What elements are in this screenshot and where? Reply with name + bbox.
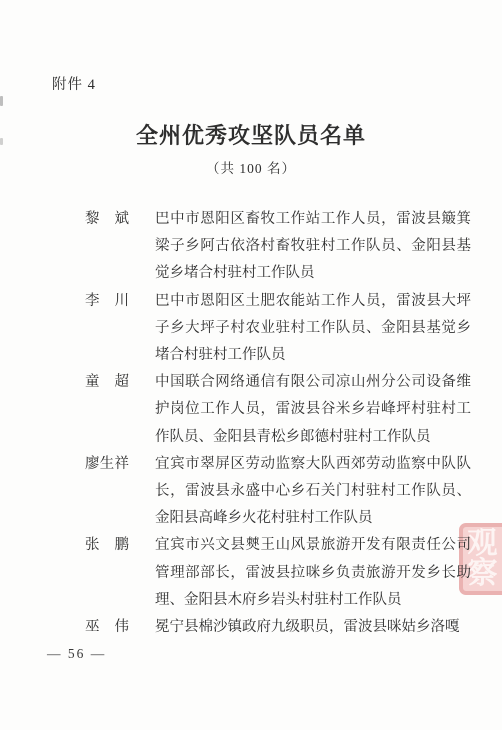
roster-entry: 黎斌 巴中市恩阳区畜牧工作站工作人员，雷波县簸箕梁子乡阿古依洛村畜牧驻村工作队员… [0,206,502,288]
page-subtitle: （共 100 名） [0,157,502,177]
roster-entry: 廖生祥 宜宾市翠屏区劳动监察大队西郊劳动监察中队队长，雷波县永盛中心乡石关门村驻… [0,451,502,533]
document-page: 附件 4 全州优秀攻坚队员名单 （共 100 名） 黎斌 巴中市恩阳区畜牧工作站… [0,0,502,730]
roster-entry: 巫伟 冕宁县棉沙镇政府九级职员，雷波县咪姑乡洛嘎 [0,614,502,641]
person-name: 李川 [85,288,129,315]
roster-entry: 童超 中国联合网络通信有限公司凉山州分公司设备维护岗位工作人员，雷波县谷米乡岩峰… [0,369,502,451]
roster-list: 黎斌 巴中市恩阳区畜牧工作站工作人员，雷波县簸箕梁子乡阿古依洛村畜牧驻村工作队员… [0,206,502,641]
person-name: 童超 [85,369,129,396]
person-name: 黎斌 [85,206,129,233]
person-description: 冕宁县棉沙镇政府九级职员，雷波县咪姑乡洛嘎 [155,614,471,641]
page-number: — 56 — [47,646,106,662]
person-description: 宜宾市兴文县僰王山风景旅游开发有限责任公司管理部部长，雷波县拉咪乡负责旅游开发乡… [155,532,471,614]
person-description: 宜宾市翠屏区劳动监察大队西郊劳动监察中队队长，雷波县永盛中心乡石关门村驻村工作队… [155,451,471,533]
person-description: 巴中市恩阳区土肥农能站工作人员，雷波县大坪子乡大坪子村农业驻村工作队员、金阳县基… [155,288,471,370]
attachment-label: 附件 4 [52,73,96,94]
page-title: 全州优秀攻坚队员名单 [0,119,502,150]
person-name: 巫伟 [85,614,129,641]
person-description: 巴中市恩阳区畜牧工作站工作人员，雷波县簸箕梁子乡阿古依洛村畜牧驻村工作队员、金阳… [155,206,471,288]
person-description: 中国联合网络通信有限公司凉山州分公司设备维护岗位工作人员，雷波县谷米乡岩峰坪村驻… [155,369,471,451]
person-name: 张鹏 [85,532,129,559]
roster-entry: 张鹏 宜宾市兴文县僰王山风景旅游开发有限责任公司管理部部长，雷波县拉咪乡负责旅游… [0,532,502,614]
person-name: 廖生祥 [85,451,129,478]
scan-artifact [0,96,3,106]
roster-entry: 李川 巴中市恩阳区土肥农能站工作人员，雷波县大坪子乡大坪子村农业驻村工作队员、金… [0,288,502,370]
